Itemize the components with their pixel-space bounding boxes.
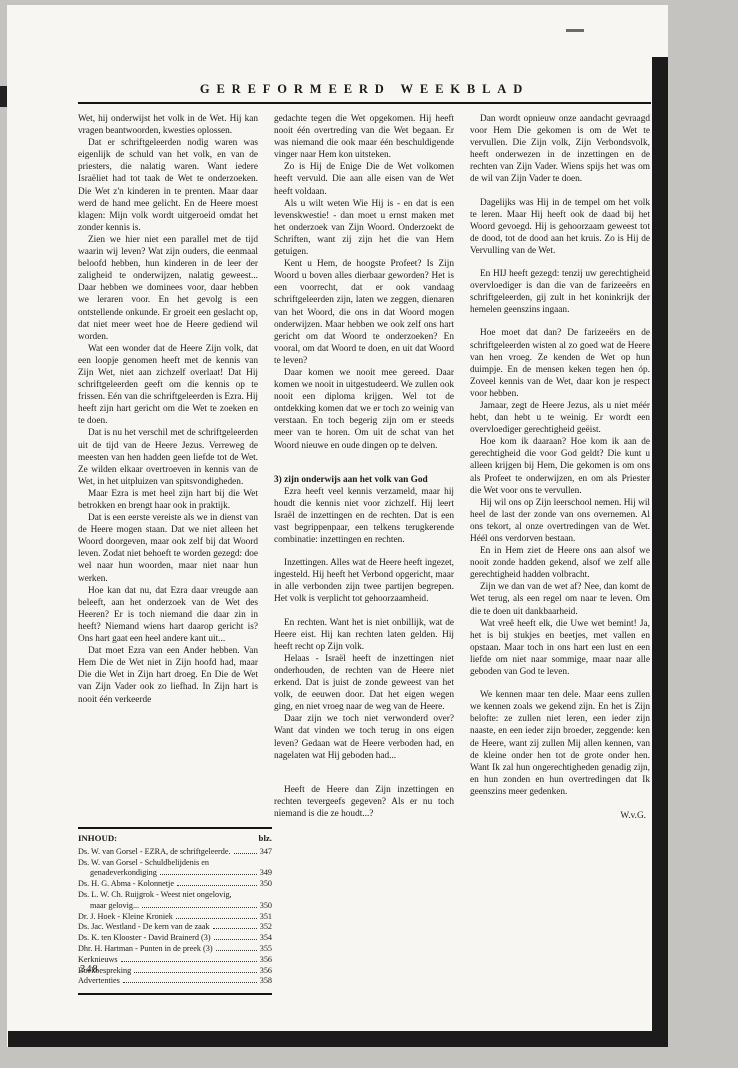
toc-entry: Dhr. H. Hartman - Punten in de preek (3)… (78, 944, 272, 955)
paragraph: Daar zijn we toch niet verwonderd over? … (274, 713, 454, 761)
scan-shadow-bottom (8, 1031, 668, 1047)
toc-dot-leader (216, 950, 257, 951)
toc-entry: Boekbespreking356 (78, 966, 272, 977)
paragraph: Maar Ezra is met heel zijn hart bij die … (78, 488, 258, 512)
masthead-title: GEREFORMEERD WEEKBLAD (78, 82, 651, 97)
toc-entry: Kerknieuws356 (78, 955, 272, 966)
toc-dot-leader (176, 918, 257, 919)
toc-entry-text: genadeverkondiging (78, 868, 157, 879)
section-heading: 3) zijn onderwijs aan het volk van God (274, 474, 454, 486)
paragraph: Wat een wonder dat de Heere Zijn volk, d… (78, 343, 258, 428)
paragraph: Hoe moet dat dan? De farizeeërs en de sc… (470, 327, 650, 400)
toc-entry-page: 358 (260, 976, 272, 987)
paragraph: Zijn we dan van de wet af? Nee, dan komt… (470, 581, 650, 617)
toc-entry: Ds. L. W. Ch. Ruijgrok - Weest niet onge… (78, 890, 272, 912)
toc-entry: Ds. W. van Gorsel - EZRA, de schriftgele… (78, 847, 272, 858)
column-2: gedachte tegen die Wet opgekomen. Hij he… (274, 113, 454, 822)
toc-entry-text: Ds. L. W. Ch. Ruijgrok - Weest niet onge… (78, 890, 272, 901)
toc-dot-leader (121, 961, 257, 962)
toc-entry-page: 356 (260, 966, 272, 977)
table-of-contents: INHOUD: blz. Ds. W. van Gorsel - EZRA, d… (78, 827, 272, 995)
toc-entry: Ds. W. van Gorsel - Schuldbelijdenis eng… (78, 858, 272, 880)
toc-page-column-header: blz. (259, 833, 272, 844)
toc-entry-page: 351 (260, 912, 272, 923)
toc-entry: Advertenties358 (78, 976, 272, 987)
toc-dot-leader (234, 853, 257, 854)
paragraph: Hoe kan dat nu, dat Ezra daar vreugde aa… (78, 585, 258, 645)
toc-entry: Ds. H. G. Abma - Kolonnetje350 (78, 879, 272, 890)
toc-entry: Ds. Jac. Westland - De kern van de zaak3… (78, 922, 272, 933)
paragraph: Dat moet Ezra van een Ander hebben. Van … (78, 645, 258, 705)
toc-entry-text: Ds. Jac. Westland - De kern van de zaak (78, 922, 210, 933)
toc-entry: Ds. K. ten Klooster - David Brainerd (3)… (78, 933, 272, 944)
toc-entry-page: 350 (260, 901, 272, 912)
toc-entry-page: 356 (260, 955, 272, 966)
paragraph: Hoe kom ik daaraan? Hoe kom ik aan de ge… (470, 436, 650, 496)
paragraph: Dat is een eerste vereiste als we in die… (78, 512, 258, 585)
author-signature: W.v.G. (470, 810, 650, 822)
scan-artifact-left (0, 86, 7, 107)
paragraph: Kent u Hem, de hoogste Profeet? Is Zijn … (274, 258, 454, 367)
paragraph: Dat er schriftgeleerden nodig waren was … (78, 137, 258, 234)
toc-dot-leader (160, 874, 257, 875)
paragraph: We kennen maar ten dele. Maar eens zulle… (470, 689, 650, 798)
toc-entry-page: 350 (260, 879, 272, 890)
column-3: Dan wordt opnieuw onze aandacht gevraagd… (470, 113, 650, 822)
toc-entry-page: 355 (260, 944, 272, 955)
paragraph: Helaas - Israël heeft de inzettingen nie… (274, 653, 454, 713)
paragraph: Wat vreê heeft elk, die Uwe wet bemint! … (470, 618, 650, 678)
paragraph: En in Hem ziet de Heere ons aan alsof we… (470, 545, 650, 581)
article-body: Wet, hij onderwijst het volk in de Wet. … (78, 113, 650, 822)
paragraph: Jamaar, zegt de Heere Jezus, als u niet … (470, 400, 650, 436)
scan-shadow-right (652, 57, 668, 1047)
toc-dot-leader (142, 907, 257, 908)
paragraph: En HIJ heeft gezegd: tenzij uw gerechtig… (470, 268, 650, 316)
paragraph: Dan wordt opnieuw onze aandacht gevraagd… (470, 113, 650, 186)
paragraph: En rechten. Want het is niet onbillijk, … (274, 617, 454, 653)
paragraph: Ezra heeft veel kennis verzameld, maar h… (274, 486, 454, 546)
scan-artifact-top (566, 29, 584, 32)
paragraph: Hij wil ons op Zijn leerschool nemen. Hi… (470, 497, 650, 545)
toc-entry-page: 352 (260, 922, 272, 933)
paragraph: Zien we hier niet een parallel met de ti… (78, 234, 258, 343)
paragraph: Zo is Hij de Enige Die de Wet volkomen h… (274, 161, 454, 197)
page-number: 348 (80, 964, 99, 975)
toc-title: INHOUD: (78, 833, 117, 844)
toc-entry-text: Dhr. H. Hartman - Punten in de preek (3) (78, 944, 213, 955)
column-1: Wet, hij onderwijst het volk in de Wet. … (78, 113, 258, 822)
toc-dot-leader (134, 972, 257, 973)
paragraph: Dat is nu het verschil met de schriftgel… (78, 427, 258, 487)
toc-entry: Dr. J. Hoek - Kleine Kroniek351 (78, 912, 272, 923)
toc-entry-text: Advertenties (78, 976, 120, 987)
paragraph: Heeft de Heere dan Zijn inzettingen en r… (274, 784, 454, 820)
scanned-magazine-page: { "colors": {"page": "#f7f6f2", "margin_… (0, 0, 738, 1068)
toc-entry-text: Ds. K. ten Klooster - David Brainerd (3) (78, 933, 211, 944)
toc-dot-leader (213, 928, 257, 929)
masthead-rule (78, 102, 651, 104)
toc-entry-page: 349 (260, 868, 272, 879)
toc-entry-text: Dr. J. Hoek - Kleine Kroniek (78, 912, 173, 923)
toc-entry-text: Ds. W. van Gorsel - Schuldbelijdenis en (78, 858, 272, 869)
paragraph: Inzettingen. Alles wat de Heere heeft in… (274, 557, 454, 605)
toc-entry-text: Ds. W. van Gorsel - EZRA, de schriftgele… (78, 847, 231, 858)
paragraph: Als u wilt weten Wie Hij is - en dat is … (274, 198, 454, 258)
toc-entry-page: 354 (260, 933, 272, 944)
toc-entry-text: maar gelovig... (78, 901, 139, 912)
paragraph: Daar komen we nooit mee gereed. Daar kom… (274, 367, 454, 452)
toc-entry-page: 347 (260, 847, 272, 858)
paragraph: gedachte tegen die Wet opgekomen. Hij he… (274, 113, 454, 161)
toc-entries: Ds. W. van Gorsel - EZRA, de schriftgele… (78, 847, 272, 987)
toc-dot-leader (123, 982, 257, 983)
toc-entry-text: Ds. H. G. Abma - Kolonnetje (78, 879, 174, 890)
toc-header: INHOUD: blz. (78, 833, 272, 844)
toc-dot-leader (214, 939, 257, 940)
toc-dot-leader (177, 885, 257, 886)
paragraph: Wet, hij onderwijst het volk in de Wet. … (78, 113, 258, 137)
paragraph: Dagelijks was Hij in de tempel om het vo… (470, 197, 650, 257)
